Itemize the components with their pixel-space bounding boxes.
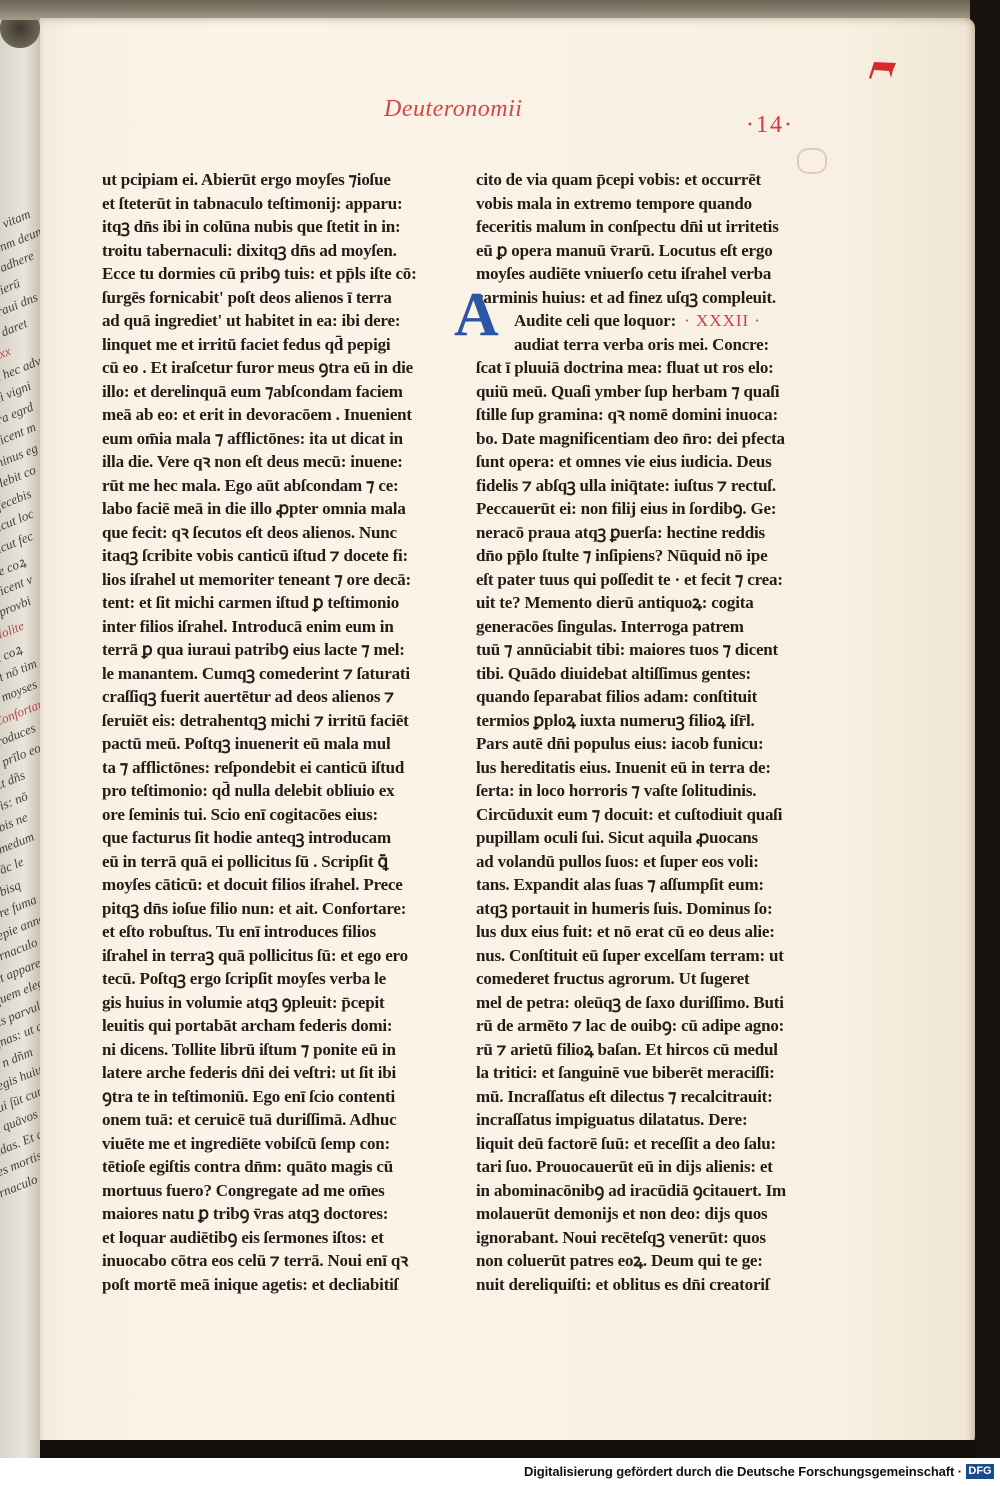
- text-line: eum om̄ia mala ⁊ afflictōnes: ita ut dic…: [102, 427, 422, 451]
- dfg-logo: DFG: [966, 1464, 994, 1479]
- text-line: comederet fructus agrorum. Ut ſugeret: [476, 967, 796, 991]
- text-line: uit te? Memento dierū antiquoꝝ: cogita: [476, 591, 796, 615]
- text-line: gis huius in volumie atqꝫ ꝯpleuit: p̄cep…: [102, 991, 422, 1015]
- text-line: pitqꝫ dn̄s ioſue filio nun: et ait. Conf…: [102, 897, 422, 921]
- text-line: ſunt opera: et omnes vie eius iudicia. D…: [476, 450, 796, 474]
- text-column-right: cito de via quam p̄cepi vobis: et occurr…: [476, 168, 796, 1296]
- text-line: Ecce tu dormies cū pribꝯ tuis: et pp̄ls …: [102, 262, 422, 286]
- text-line: tans. Expandit alas ſuas ⁊ aſſumpſit eum…: [476, 873, 796, 897]
- text-line: moyſes cāticū: et docuit filios iſrahel.…: [102, 873, 422, 897]
- text-line: labo faciē meā in die illo ꝓpter omnia m…: [102, 497, 422, 521]
- text-line: la tritici: et ſanguinē vue biberēt mera…: [476, 1061, 796, 1085]
- text-line: cū eo . Et iraſcetur furor meus ꝯtra eū …: [102, 356, 422, 380]
- text-line: illa die. Vere qꝛ non eſt deus mecū: inu…: [102, 450, 422, 474]
- text-line: eū in terrā quā ei pollicitus ſū . Scrip…: [102, 850, 422, 874]
- text-line: ſurgēs fornicabit' poſt deos alienos ī t…: [102, 286, 422, 310]
- text-line: atqꝫ portauit in humeris ſuis. Dominus ſ…: [476, 897, 796, 921]
- text-line: mortuus fuero? Congregate ad me om̄es: [102, 1179, 422, 1203]
- text-line: tētioſe egiſtis contra dn̄m: quāto magis…: [102, 1155, 422, 1179]
- text-line: rū ⁊ arietū filioꝝ baſan. Et hircos cū m…: [476, 1038, 796, 1062]
- text-line: illo: et derelinquā eum ⁊abſcondam facie…: [102, 380, 422, 404]
- page-stain: [797, 148, 827, 174]
- text-line: cito de via quam p̄cepi vobis: et occurr…: [476, 168, 796, 192]
- text-line: iſrahel in terraꝫ quā pollicitus ſū: et …: [102, 944, 422, 968]
- text-line: craſſiqꝫ fuerit auertētur ad deos alieno…: [102, 685, 422, 709]
- text-line: Peccauerūt ei: non filij eius in ſordibꝯ…: [476, 497, 796, 521]
- text-line: audiat terra verba oris mei. Concre:: [476, 333, 796, 357]
- chapter-marker: · XXXII ·: [684, 311, 761, 330]
- text-line: incraſſatus impiguatus dilatatus. Dere:: [476, 1108, 796, 1132]
- text-line: tuū ⁊ annūciabit tibi: maiores tuos ⁊ di…: [476, 638, 796, 662]
- page-curl: [0, 20, 40, 48]
- page-bottom-shadow: [40, 1440, 975, 1458]
- text-line: lios iſrahel ut memoriter teneant ⁊ ore …: [102, 568, 422, 592]
- footer-bar: Digitalisierung gefördert durch die Deut…: [0, 1458, 1000, 1486]
- text-line: carminis huius: et ad finez uſqꝫ compleu…: [476, 286, 796, 310]
- text-line: ſcat ī pluuiā doctrina mea: fluat ut ros…: [476, 356, 796, 380]
- text-line: et eſto robuſtus. Tu enī introduces fili…: [102, 920, 422, 944]
- text-line: eſt pater tuus qui poſſedit te · et feci…: [476, 568, 796, 592]
- text-line: pupillam oculi ſui. Sicut aquila ꝓuocans: [476, 826, 796, 850]
- text-line: rūt me hec mala. Ego aūt abſcondam ⁊ ce:: [102, 474, 422, 498]
- text-line: tecū. Poſtqꝫ ergo ſcripſit moyſes verba …: [102, 967, 422, 991]
- text-line: non coluerūt patres eoꝝ. Deum qui te ge:: [476, 1249, 796, 1273]
- decorated-initial: A: [454, 276, 494, 354]
- text-line: leuitis qui portabāt archam federis domi…: [102, 1014, 422, 1038]
- text-line: ta ⁊ afflictōnes: reſpondebit ei canticū…: [102, 756, 422, 780]
- text-line: onem tuā: et ceruicē tuā duriſſimā. Adhu…: [102, 1108, 422, 1132]
- text-line: ſerta: in loco horroris ⁊ vaſte ſolitudi…: [476, 779, 796, 803]
- text-line: nuit dereliquiſti: et oblitus es dn̄i cr…: [476, 1273, 796, 1297]
- text-line: pactū meū. Poſtqꝫ inuenerit eū mala mul: [102, 732, 422, 756]
- text-line: molauerūt demonijs et non deo: dijs quos: [476, 1202, 796, 1226]
- text-line: poſt mortē meā inique agetis: et decliab…: [102, 1273, 422, 1297]
- running-title: Deuteronomii: [384, 96, 522, 123]
- text-line: viuēte me et ingrediēte vobiſcū ſemp con…: [102, 1132, 422, 1156]
- text-line: pro teſtimonio: qd̄ nulla delebit obliui…: [102, 779, 422, 803]
- text-line: itqꝫ dn̄s ibi in colūna nubis que ſtetit…: [102, 215, 422, 239]
- text-line-content: Audite celi que loquor:: [514, 311, 676, 330]
- text-line: que facturus ſit hodie anteqꝫ introducam: [102, 826, 422, 850]
- text-line: generacōes ſingulas. Interroga patrem: [476, 615, 796, 639]
- text-line: tibi. Quādo diuidebat altiſſimus gentes:: [476, 662, 796, 686]
- text-line: et ſteterūt in tabnaculo teſtimonij: app…: [102, 192, 422, 216]
- text-line: dn̄o pp̄lo ſtulte ⁊ inſipiens? Nūquid nō…: [476, 544, 796, 568]
- text-line: quando ſeparabat filios adam: conſtituit: [476, 685, 796, 709]
- text-line: eū ꝑ opera manuū v̄rarū. Locutus eſt erg…: [476, 239, 796, 263]
- text-line: ſtille ſup gramina: qꝛ nomē domini inuoc…: [476, 403, 796, 427]
- folio-number: ·14·: [746, 112, 794, 139]
- text-line: vobis mala in extremo tempore quando: [476, 192, 796, 216]
- text-line: ni dicens. Tollite librū iſtum ⁊ ponite …: [102, 1038, 422, 1062]
- text-line: ſeruiēt eis: detrahentqꝫ michi ⁊ irritū …: [102, 709, 422, 733]
- text-line: ad quā ingrediet' ut habitet in ea: ibi …: [102, 309, 422, 333]
- text-line: tari ſuo. Prouocauerūt eū in dijs alieni…: [476, 1155, 796, 1179]
- text-line: troitu tabernaculi: dixitqꝫ dn̄s ad moyſ…: [102, 239, 422, 263]
- text-line: fidelis ⁊ abſqꝫ ulla iniq̄tate: iuſtus ⁊…: [476, 474, 796, 498]
- text-line: Pars autē dn̄i populus eius: iacob funic…: [476, 732, 796, 756]
- text-line: latere arche federis dn̄i dei veſtri: ut…: [102, 1061, 422, 1085]
- text-line: mū. Incraſſatus eſt dilectus ⁊ recalcitr…: [476, 1085, 796, 1109]
- text-line: ignorabant. Noui recēteſqꝫ venerūt: quos: [476, 1226, 796, 1250]
- facing-page-edge: o vitamdnm deumi adheredierūiraui dnsr d…: [0, 20, 40, 1458]
- text-line: Circūduxit eum ⁊ docuit: et cuſtodiuit q…: [476, 803, 796, 827]
- text-line: quiū meū. Quaſi ymber ſup herbam ⁊ quaſi: [476, 380, 796, 404]
- text-line: ad volandū pullos ſuos: et ſuper eos vol…: [476, 850, 796, 874]
- book-scan: o vitamdnm deumi adheredierūiraui dnsr d…: [0, 0, 1000, 1458]
- text-line: le manantem. Cumqꝫ comederint ⁊ ſaturati: [102, 662, 422, 686]
- text-line: que fecit: qꝛ ſecutos eſt deos alienos. …: [102, 521, 422, 545]
- text-line: inter filios iſrahel. Introducā enim eum…: [102, 615, 422, 639]
- text-line: lus hereditatis eius. Inuenit eū in terr…: [476, 756, 796, 780]
- text-line: terrā ꝑ qua iuraui patribꝯ eius lacte ⁊ …: [102, 638, 422, 662]
- text-line: neracō praua atqꝫ ꝑuerſa: hectine reddis: [476, 521, 796, 545]
- text-line: nus. Conſtituit eū ſuper excelſam terram…: [476, 944, 796, 968]
- red-flag-icon: [866, 58, 900, 80]
- text-line: inuocabo cōtra eos celū ⁊ terrā. Noui en…: [102, 1249, 422, 1273]
- text-line: feceritis malum in conſpectu dn̄i ut irr…: [476, 215, 796, 239]
- text-column-left: ut pcipiam ei. Abierūt ergo moyſes ⁊ioſu…: [102, 168, 422, 1296]
- text-line: bo. Date magnificentiam deo n̄ro: dei pf…: [476, 427, 796, 451]
- text-line: rū de armēto ⁊ lac de ouibꝯ: cū adipe ag…: [476, 1014, 796, 1038]
- funding-credit: Digitalisierung gefördert durch die Deut…: [524, 1464, 962, 1479]
- book-top-edge: [0, 0, 1000, 20]
- text-line: liquit deū factorē ſuū: et receſſit a de…: [476, 1132, 796, 1156]
- text-line: meā ab eo: et erit in devoracōem . Inuen…: [102, 403, 422, 427]
- text-line: lus dux eius fuit: et nō erat cū eo deus…: [476, 920, 796, 944]
- text-line: et loquar audiētibꝯ eis ſermones iſtos: …: [102, 1226, 422, 1250]
- text-line: mel de petra: oleūqꝫ de ſaxo duriſſimo. …: [476, 991, 796, 1015]
- text-line: ꝯtra te in teſtimoniū. Ego enī ſcio cont…: [102, 1085, 422, 1109]
- text-line: in abominacōnibꝯ ad iracūdiā ꝯcitauert. …: [476, 1179, 796, 1203]
- text-line: linquet me et irritū faciet fedus qd̄ pe…: [102, 333, 422, 357]
- text-line: Audite celi que loquor:· XXXII ·: [476, 309, 796, 333]
- text-line: ut pcipiam ei. Abierūt ergo moyſes ⁊ioſu…: [102, 168, 422, 192]
- text-line: ore ſeminis tui. Scio enī cogitacōes eiu…: [102, 803, 422, 827]
- text-line: tent: et ſit michi carmen iſtud ꝑ teſtim…: [102, 591, 422, 615]
- text-line: moyſes audiēte vniuerſo cetu iſrahel ver…: [476, 262, 796, 286]
- text-line: termios ꝑploꝝ iuxta numeruꝫ filioꝝ iſr̄l…: [476, 709, 796, 733]
- text-line: maiores natu ꝑ tribꝯ v̄ras atqꝫ doctores…: [102, 1202, 422, 1226]
- text-line: itaqꝫ ſcribite vobis canticū iſtud ⁊ doc…: [102, 544, 422, 568]
